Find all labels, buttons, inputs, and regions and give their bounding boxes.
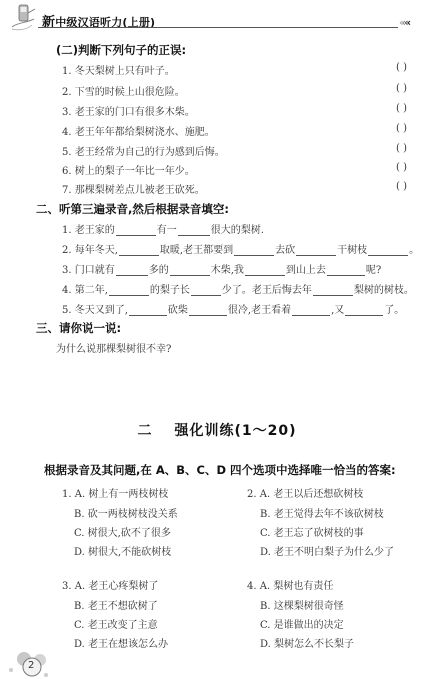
- answer-paren-3[interactable]: ( ): [396, 103, 407, 114]
- answer-paren-2[interactable]: ( ): [396, 83, 407, 94]
- text-segment: 干树枝: [337, 245, 367, 256]
- question-4: 4. A. 梨树也有责任: [247, 577, 333, 592]
- blank-input[interactable]: [327, 265, 365, 276]
- chapter-title-text: 强化训练(1～20): [174, 423, 296, 439]
- blank-input[interactable]: [345, 305, 383, 316]
- answer-paren-4[interactable]: ( ): [396, 123, 407, 134]
- text-segment: 1. 老王家的: [62, 225, 115, 236]
- chevron-glyph: ‹: [407, 16, 410, 29]
- truefalse-item-1: 1. 冬天梨树上只有叶子。: [62, 62, 175, 77]
- text-segment: ,又: [331, 305, 344, 316]
- text-segment: 呢?: [366, 265, 381, 276]
- text-segment: 有一: [157, 225, 177, 236]
- page-number-badge: 2: [6, 650, 50, 680]
- truefalse-heading: (二)判断下列句子的正误:: [56, 42, 186, 58]
- option-b[interactable]: B. 这棵梨树很奇怪: [260, 597, 344, 612]
- option-d[interactable]: D. 树很大,不能砍树枝: [74, 543, 171, 558]
- mp3-player-icon: [10, 3, 36, 33]
- blank-input[interactable]: [292, 305, 330, 316]
- blank-input[interactable]: [191, 285, 221, 296]
- blank-input[interactable]: [313, 285, 353, 296]
- chevron-left-icon: ‹‹‹‹: [399, 16, 409, 29]
- question-number: 4.: [247, 581, 257, 592]
- page-number: 2: [28, 660, 34, 671]
- answer-paren-1[interactable]: ( ): [396, 62, 407, 73]
- fill-blank-item-2: 2. 每年冬天,取暖,老王都要到去砍干树枝。: [62, 241, 419, 256]
- blank-input[interactable]: [178, 225, 210, 236]
- text-segment: 。: [409, 245, 419, 256]
- option-d[interactable]: D. 老王在想该怎么办: [74, 635, 168, 650]
- truefalse-item-3: 3. 老王家的门口有很多木柴。: [62, 103, 195, 118]
- text-segment: 很大的梨树.: [211, 225, 264, 236]
- text-segment: 5. 冬天又到了,: [62, 305, 128, 316]
- text-segment: 砍柴: [168, 305, 188, 316]
- discussion-heading: 三、请你说一说:: [36, 320, 121, 336]
- question-1: 1. A. 树上有一两枝树枝: [62, 485, 168, 500]
- answer-paren-6[interactable]: ( ): [396, 162, 407, 173]
- text-segment: 2. 每年冬天,: [62, 245, 118, 256]
- truefalse-item-7: 7. 那棵梨树差点儿被老王砍死。: [62, 181, 205, 196]
- fill-blank-item-4: 4. 第二年,的梨子长少了。老王后悔去年梨树的树枝。: [62, 281, 414, 296]
- blank-input[interactable]: [116, 225, 156, 236]
- exercise-instruction: 根据录音及其问题,在 A、B、C、D 四个选项中选择唯一恰当的答案:: [44, 462, 396, 478]
- option-a[interactable]: A. 梨树也有责任: [260, 581, 334, 592]
- text-segment: 3. 门口就有: [62, 265, 115, 276]
- text-segment: 了。: [384, 305, 404, 316]
- truefalse-item-2: 2. 下雪的时候上山很危险。: [62, 83, 185, 98]
- option-c[interactable]: C. 老王忘了砍树枝的事: [260, 524, 364, 539]
- answer-paren-7[interactable]: ( ): [396, 181, 407, 192]
- blank-input[interactable]: [109, 285, 149, 296]
- answer-paren-5[interactable]: ( ): [396, 143, 407, 154]
- option-d[interactable]: D. 梨树怎么不长梨子: [260, 635, 354, 650]
- option-a[interactable]: A. 树上有一两枝树枝: [75, 489, 169, 500]
- text-segment: 多的: [149, 265, 169, 276]
- question-number: 1.: [62, 489, 72, 500]
- page-header: 新中级汉语听力(上册) ‹‹‹‹: [0, 0, 434, 36]
- blank-input[interactable]: [129, 305, 167, 316]
- option-c[interactable]: C. 是谁做出的决定: [260, 616, 344, 631]
- blank-input[interactable]: [245, 265, 285, 276]
- text-segment: 到山上去: [286, 265, 326, 276]
- discussion-question: 为什么说那棵梨树很不幸?: [56, 340, 171, 355]
- text-segment: 4. 第二年,: [62, 285, 108, 296]
- blank-input[interactable]: [234, 245, 274, 256]
- text-segment: 的梨子长: [150, 285, 190, 296]
- fill-blank-item-5: 5. 冬天又到了,砍柴很冷,老王看着,又了。: [62, 301, 404, 316]
- blank-input[interactable]: [189, 305, 227, 316]
- truefalse-item-5: 5. 老王经常为自己的行为感到后悔。: [62, 143, 225, 158]
- option-b[interactable]: B. 砍一两枝树枝没关系: [74, 505, 178, 520]
- text-segment: 木柴,我: [211, 265, 244, 276]
- chapter-title: 二强化训练(1～20): [0, 420, 434, 440]
- option-c[interactable]: C. 老王改变了主意: [74, 616, 158, 631]
- blank-input[interactable]: [368, 245, 408, 256]
- fill-blank-item-3: 3. 门口就有多的木柴,我到山上去呢?: [62, 261, 381, 276]
- blank-input[interactable]: [119, 245, 159, 256]
- option-b[interactable]: B. 老王觉得去年不该砍树枝: [260, 505, 384, 520]
- header-divider: [38, 27, 398, 28]
- option-c[interactable]: C. 树很大,砍不了很多: [74, 524, 171, 539]
- option-d[interactable]: D. 老王不明白梨子为什么少了: [260, 543, 394, 558]
- text-segment: 很冷,老王看着: [228, 305, 291, 316]
- chapter-number: 二: [137, 423, 152, 439]
- fill-blank-heading: 二、听第三遍录音,然后根据录音填空:: [36, 201, 229, 217]
- question-number: 2.: [247, 489, 257, 500]
- truefalse-item-4: 4. 老王年年都给梨树浇水、施肥。: [62, 123, 215, 138]
- text-segment: 少了。老王后悔去年: [222, 285, 312, 296]
- text-segment: 去砍: [275, 245, 295, 256]
- blank-input[interactable]: [296, 245, 336, 256]
- fill-blank-item-1: 1. 老王家的有一很大的梨树.: [62, 221, 264, 236]
- question-number: 3.: [62, 581, 72, 592]
- question-2: 2. A. 老王以后还想砍树枝: [247, 485, 363, 500]
- blank-input[interactable]: [116, 265, 148, 276]
- truefalse-item-6: 6. 树上的梨子一年比一年少。: [62, 162, 195, 177]
- option-b[interactable]: B. 老王不想砍树了: [74, 597, 158, 612]
- question-3: 3. A. 老王心疼梨树了: [62, 577, 158, 592]
- blank-input[interactable]: [170, 265, 210, 276]
- text-segment: 取暖,老王都要到: [160, 245, 233, 256]
- option-a[interactable]: A. 老王以后还想砍树枝: [260, 489, 364, 500]
- text-segment: 梨树的树枝。: [354, 285, 414, 296]
- option-a[interactable]: A. 老王心疼梨树了: [75, 581, 159, 592]
